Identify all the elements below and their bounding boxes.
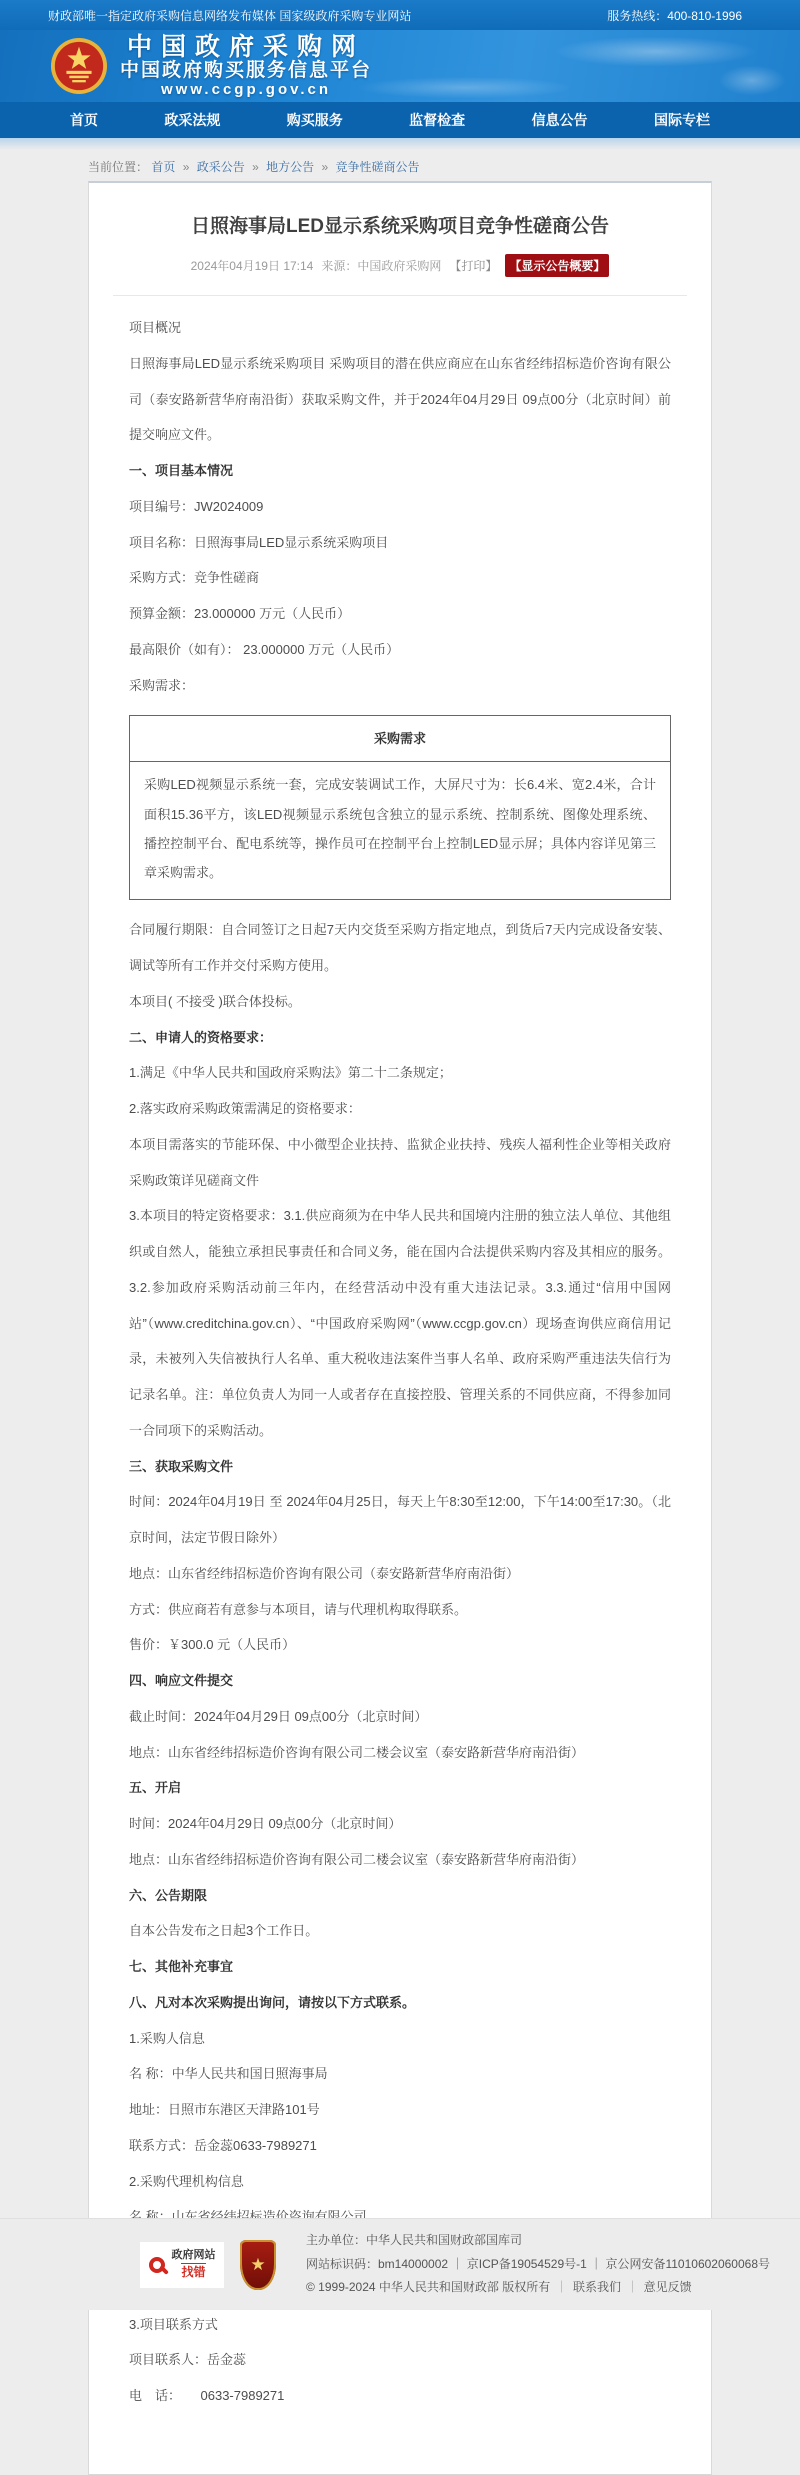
paragraph: 地址：日照市东港区天津路101号 xyxy=(129,2092,671,2128)
paragraph: 本项目( 不接受 )联合体投标。 xyxy=(129,984,671,1020)
footer-separator: ｜ xyxy=(556,2280,568,2294)
nav-item-home[interactable]: 首页 xyxy=(70,110,98,130)
breadcrumb: 当前位置： 首页 » 政采公告 » 地方公告 » 竞争性磋商公告 xyxy=(88,158,712,175)
paragraph: 售价：￥300.0 元（人民币） xyxy=(129,1627,671,1663)
paragraph: 地点：山东省经纬招标造价咨询有限公司二楼会议室（泰安路新营华府南沿街） xyxy=(129,1735,671,1771)
paragraph: 采购方式：竞争性磋商 xyxy=(129,560,671,596)
section-heading: 八、凡对本次采购提出询问，请按以下方式联系。 xyxy=(129,1985,671,2021)
breadcrumb-separator: » xyxy=(322,160,329,174)
print-button[interactable]: 【打印】 xyxy=(449,257,497,274)
paragraph: 1.采购人信息 xyxy=(129,2021,671,2057)
footer-host-line: 主办单位：中华人民共和国财政部国库司 xyxy=(306,2229,770,2252)
service-hotline: 服务热线：400-810-1996 xyxy=(607,7,742,24)
footer-codes-line: 网站标识码：bm14000002 ｜ 京ICP备19054529号-1 ｜ 京公… xyxy=(306,2253,770,2276)
footer-info: 主办单位：中华人民共和国财政部国库司 网站标识码：bm14000002 ｜ 京I… xyxy=(306,2229,770,2299)
section-heading: 五、开启 xyxy=(129,1770,671,1806)
requirements-table-header: 采购需求 xyxy=(130,716,670,762)
breadcrumb-separator: » xyxy=(183,160,190,174)
paragraph: 地点：山东省经纬招标造价咨询有限公司二楼会议室（泰安路新营华府南沿街） xyxy=(129,1842,671,1878)
star-icon: ★ xyxy=(250,2256,265,2273)
page-footer: 政府网站 找错 ★ 主办单位：中华人民共和国财政部国库司 网站标识码：bm140… xyxy=(0,2218,800,2310)
announcement-card: 日照海事局LED显示系统采购项目竞争性磋商公告 2024年04月19日 17:1… xyxy=(88,181,712,2475)
paragraph: 时间：2024年04月19日 至 2024年04月25日，每天上午8:30至12… xyxy=(129,1484,671,1556)
nav-item-purchase-services[interactable]: 购买服务 xyxy=(287,110,343,130)
contact-us-link[interactable]: 联系我们 xyxy=(573,2280,621,2294)
breadcrumb-competitive-consultation[interactable]: 竞争性磋商公告 xyxy=(336,160,420,174)
magnifier-icon xyxy=(149,2257,165,2273)
paragraph: 预算金额：23.000000 万元（人民币） xyxy=(129,596,671,632)
paragraph: 联系方式：岳金蕊0633-7989271 xyxy=(129,2128,671,2164)
paragraph: 日照海事局LED显示系统采购项目 采购项目的潜在供应商应在山东省经纬招标造价咨询… xyxy=(129,346,671,453)
top-utility-bar: 财政部唯一指定政府采购信息网络发布媒体 国家级政府采购专业网站 服务热线：400… xyxy=(0,0,800,30)
section-heading: 二、申请人的资格要求： xyxy=(129,1020,671,1056)
national-emblem-icon xyxy=(50,37,108,95)
show-summary-badge[interactable]: 【显示公告概要】 xyxy=(505,254,609,277)
footer-copyright: © 1999-2024 中华人民共和国财政部 版权所有 xyxy=(306,2280,550,2294)
section-heading: 三、获取采购文件 xyxy=(129,1449,671,1485)
paragraph: 时间：2024年04月29日 09点00分（北京时间） xyxy=(129,1806,671,1842)
site-title: 中国政府采购网 xyxy=(120,34,372,61)
section-heading: 六、公告期限 xyxy=(129,1878,671,1914)
site-title-block: 中国政府采购网 中国政府购买服务信息平台 www.ccgp.gov.cn xyxy=(120,34,372,98)
section-heading: 四、响应文件提交 xyxy=(129,1663,671,1699)
paragraph: 项目编号：JW2024009 xyxy=(129,489,671,525)
breadcrumb-procurement-notices[interactable]: 政采公告 xyxy=(197,160,245,174)
paragraph: 截止时间：2024年04月29日 09点00分（北京时间） xyxy=(129,1699,671,1735)
paragraph: 自本公告发布之日起3个工作日。 xyxy=(129,1913,671,1949)
paragraph: 方式：供应商若有意参与本项目，请与代理机构取得联系。 xyxy=(129,1592,671,1628)
nav-item-international[interactable]: 国际专栏 xyxy=(654,110,710,130)
paragraph: 本项目需落实的节能环保、中小微型企业扶持、监狱企业扶持、残疾人福利性企业等相关政… xyxy=(129,1127,671,1199)
nav-item-announcements[interactable]: 信息公告 xyxy=(532,110,588,130)
article-meta: 2024年04月19日 17:14 来源：中国政府采购网 【打印】 【显示公告概… xyxy=(129,254,671,277)
government-emblem-badge-icon: ★ xyxy=(240,2240,276,2290)
breadcrumb-home[interactable]: 首页 xyxy=(151,160,175,174)
breadcrumb-label: 当前位置： xyxy=(88,160,148,174)
requirements-table: 采购需求采购LED视频显示系统一套，完成安装调试工作，大屏尺寸为：长6.4米、宽… xyxy=(129,715,671,900)
publish-date: 2024年04月19日 17:14 xyxy=(191,257,314,274)
paragraph: 地点：山东省经纬招标造价咨询有限公司（泰安路新营华府南沿街） xyxy=(129,1556,671,1592)
nav-item-supervision[interactable]: 监督检查 xyxy=(409,110,465,130)
page-title: 日照海事局LED显示系统采购项目竞争性磋商公告 xyxy=(129,211,671,238)
error-badge-text: 政府网站 找错 xyxy=(172,2249,216,2280)
nav-bottom-fade xyxy=(0,138,800,150)
breadcrumb-separator: » xyxy=(252,160,259,174)
main-nav: 首页 政采法规 购买服务 监督检查 信息公告 国际专栏 xyxy=(0,102,800,138)
error-badge-line2: 找错 xyxy=(181,2263,205,2280)
article-source: 来源：中国政府采购网 xyxy=(321,257,441,274)
feedback-link[interactable]: 意见反馈 xyxy=(644,2280,692,2294)
section-heading: 七、其他补充事宜 xyxy=(129,1949,671,1985)
paragraph: 1.满足《中华人民共和国政府采购法》第二十二条规定； xyxy=(129,1055,671,1091)
section-heading: 一、项目基本情况 xyxy=(129,453,671,489)
requirements-table-body: 采购LED视频显示系统一套，完成安装调试工作，大屏尺寸为：长6.4米、宽2.4米… xyxy=(130,762,670,899)
paragraph: 合同履行期限：自合同签订之日起7天内交货至采购方指定地点，到货后7天内完成设备安… xyxy=(129,912,671,984)
paragraph: 2.采购代理机构信息 xyxy=(129,2164,671,2200)
paragraph: 2.落实政府采购政策需满足的资格要求： xyxy=(129,1091,671,1127)
breadcrumb-local-notices[interactable]: 地方公告 xyxy=(266,160,314,174)
site-url: www.ccgp.gov.cn xyxy=(120,82,372,98)
site-slogan: 财政部唯一指定政府采购信息网络发布媒体 国家级政府采购专业网站 xyxy=(48,7,411,24)
paragraph: 项目名称：日照海事局LED显示系统采购项目 xyxy=(129,525,671,561)
paragraph: 项目概况 xyxy=(129,310,671,346)
footer-copyright-line: © 1999-2024 中华人民共和国财政部 版权所有 ｜ 联系我们 ｜ 意见反… xyxy=(306,2276,770,2299)
paragraph: 电 话： 0633-7989271 xyxy=(129,2378,671,2414)
footer-separator: ｜ xyxy=(626,2280,638,2294)
paragraph: 3.项目联系方式 xyxy=(129,2307,671,2343)
nav-item-policies[interactable]: 政采法规 xyxy=(164,110,220,130)
paragraph: 最高限价（如有）： 23.000000 万元（人民币） xyxy=(129,632,671,668)
announcement-body: 项目概况日照海事局LED显示系统采购项目 采购项目的潜在供应商应在山东省经纬招标… xyxy=(129,310,671,2414)
paragraph: 采购需求： xyxy=(129,668,671,704)
paragraph: 项目联系人：岳金蕊 xyxy=(129,2342,671,2378)
error-badge-line1: 政府网站 xyxy=(172,2249,216,2263)
site-banner: 中国政府采购网 中国政府购买服务信息平台 www.ccgp.gov.cn xyxy=(0,30,800,102)
gov-site-error-report-badge[interactable]: 政府网站 找错 xyxy=(140,2242,224,2288)
paragraph: 名 称：中华人民共和国日照海事局 xyxy=(129,2056,671,2092)
site-subtitle: 中国政府购买服务信息平台 xyxy=(120,61,372,82)
paragraph: 3.本项目的特定资格要求：3.1.供应商须为在中华人民共和国境内注册的独立法人单… xyxy=(129,1198,671,1448)
meta-divider xyxy=(113,295,687,296)
